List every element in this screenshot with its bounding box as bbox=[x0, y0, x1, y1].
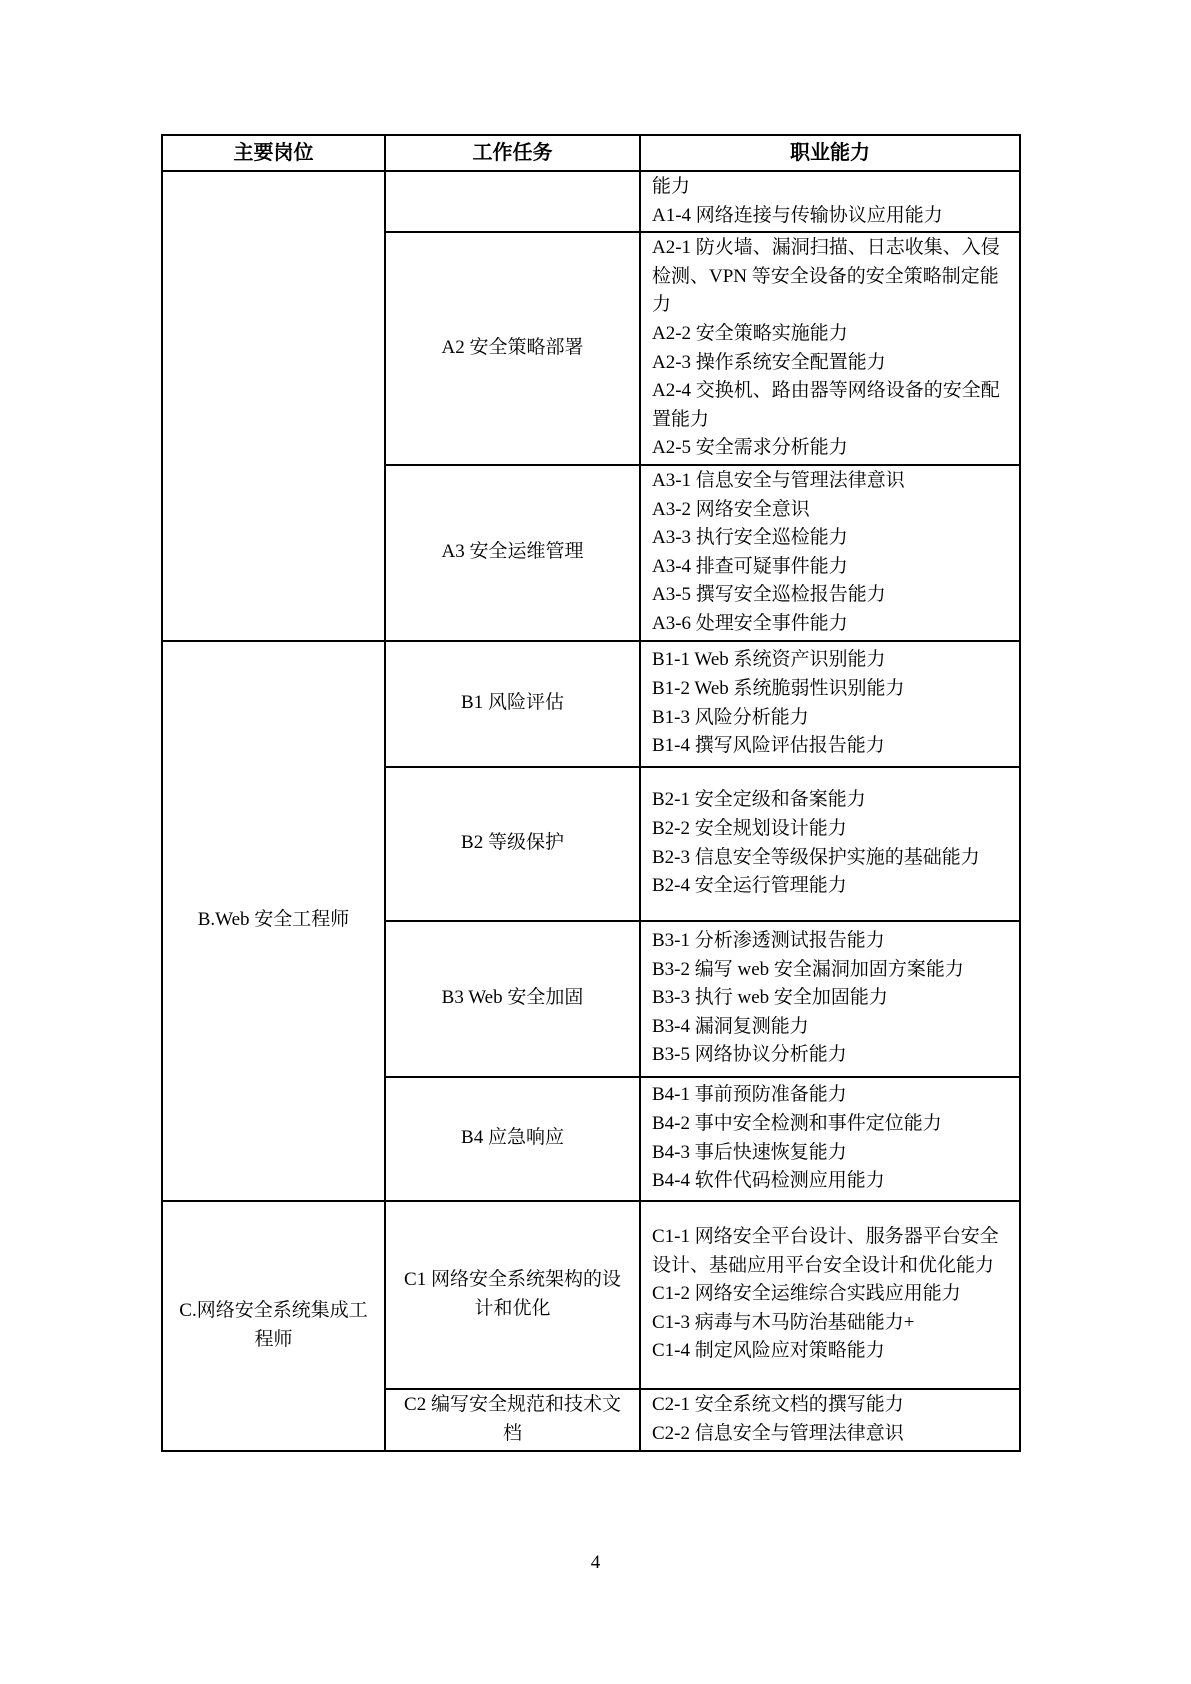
task-cell-b1: B1 风险评估 bbox=[385, 641, 640, 767]
ability-item: B4-4 软件代码检测应用能力 bbox=[652, 1167, 1013, 1196]
ability-item: B2-3 信息安全等级保护实施的基础能力 bbox=[652, 844, 1013, 873]
ability-item: A3-3 执行安全巡检能力 bbox=[652, 524, 1013, 553]
ability-item: A2-2 安全策略实施能力 bbox=[652, 320, 1013, 349]
abilities-cell-c2: C2-1 安全系统文档的撰写能力C2-2 信息安全与管理法律意识 bbox=[640, 1389, 1020, 1451]
ability-item: A3-2 网络安全意识 bbox=[652, 496, 1013, 525]
task-cell-a3: A3 安全运维管理 bbox=[385, 465, 640, 641]
ability-item: B3-3 执行 web 安全加固能力 bbox=[652, 984, 1013, 1013]
abilities-cell-c1: C1-1 网络安全平台设计、服务器平台安全设计、基础应用平台安全设计和优化能力C… bbox=[640, 1201, 1020, 1389]
ability-item: A1-4 网络连接与传输协议应用能力 bbox=[652, 202, 1013, 231]
ability-item: A2-3 操作系统安全配置能力 bbox=[652, 349, 1013, 378]
task-cell-b4: B4 应急响应 bbox=[385, 1077, 640, 1201]
ability-item: A2-1 防火墙、漏洞扫描、日志收集、入侵检测、VPN 等安全设备的安全策略制定… bbox=[652, 234, 1013, 320]
ability-item: C2-1 安全系统文档的撰写能力 bbox=[652, 1391, 1013, 1420]
ability-item: A3-4 排查可疑事件能力 bbox=[652, 553, 1013, 582]
table-row: C.网络安全系统集成工程师 C1 网络安全系统架构的设计和优化 C1-1 网络安… bbox=[162, 1201, 1020, 1389]
ability-item: B4-2 事中安全检测和事件定位能力 bbox=[652, 1110, 1013, 1139]
task-cell-b2: B2 等级保护 bbox=[385, 767, 640, 921]
ability-item: B4-1 事前预防准备能力 bbox=[652, 1081, 1013, 1110]
task-cell-c1: C1 网络安全系统架构的设计和优化 bbox=[385, 1201, 640, 1389]
position-cell-c: C.网络安全系统集成工程师 bbox=[162, 1201, 385, 1451]
job-competency-table: 主要岗位 工作任务 职业能力 能力A1-4 网络连接与传输协议应用能力 A2 安… bbox=[161, 134, 1021, 1452]
ability-item: B3-2 编写 web 安全漏洞加固方案能力 bbox=[652, 956, 1013, 985]
ability-item: A3-6 处理安全事件能力 bbox=[652, 610, 1013, 639]
abilities-cell-a1-continued: 能力A1-4 网络连接与传输协议应用能力 bbox=[640, 171, 1020, 232]
ability-item: A2-5 安全需求分析能力 bbox=[652, 434, 1013, 463]
column-header-position: 主要岗位 bbox=[162, 135, 385, 171]
abilities-cell-a2: A2-1 防火墙、漏洞扫描、日志收集、入侵检测、VPN 等安全设备的安全策略制定… bbox=[640, 232, 1020, 465]
ability-item: B3-1 分析渗透测试报告能力 bbox=[652, 927, 1013, 956]
task-cell-c2: C2 编写安全规范和技术文档 bbox=[385, 1389, 640, 1451]
ability-item: C1-2 网络安全运维综合实践应用能力 bbox=[652, 1280, 1013, 1309]
abilities-cell-b2: B2-1 安全定级和备案能力B2-2 安全规划设计能力B2-3 信息安全等级保护… bbox=[640, 767, 1020, 921]
ability-item: B4-3 事后快速恢复能力 bbox=[652, 1139, 1013, 1168]
ability-item: C1-1 网络安全平台设计、服务器平台安全设计、基础应用平台安全设计和优化能力 bbox=[652, 1223, 1013, 1280]
position-cell-b: B.Web 安全工程师 bbox=[162, 641, 385, 1201]
abilities-cell-b4: B4-1 事前预防准备能力B4-2 事中安全检测和事件定位能力B4-3 事后快速… bbox=[640, 1077, 1020, 1201]
ability-item: B1-4 撰写风险评估报告能力 bbox=[652, 732, 1013, 761]
table-row: 能力A1-4 网络连接与传输协议应用能力 bbox=[162, 171, 1020, 232]
ability-item: 能力 bbox=[652, 173, 1013, 202]
ability-item: C1-4 制定风险应对策略能力 bbox=[652, 1337, 1013, 1366]
ability-item: C1-3 病毒与木马防治基础能力+ bbox=[652, 1309, 1013, 1338]
abilities-cell-b1: B1-1 Web 系统资产识别能力B1-2 Web 系统脆弱性识别能力B1-3 … bbox=[640, 641, 1020, 767]
abilities-cell-a3: A3-1 信息安全与管理法律意识A3-2 网络安全意识A3-3 执行安全巡检能力… bbox=[640, 465, 1020, 641]
ability-item: C2-2 信息安全与管理法律意识 bbox=[652, 1420, 1013, 1449]
ability-item: B2-4 安全运行管理能力 bbox=[652, 872, 1013, 901]
ability-item: B2-2 安全规划设计能力 bbox=[652, 815, 1013, 844]
ability-item: A3-5 撰写安全巡检报告能力 bbox=[652, 581, 1013, 610]
column-header-ability: 职业能力 bbox=[640, 135, 1020, 171]
ability-item: B3-4 漏洞复测能力 bbox=[652, 1013, 1013, 1042]
table-row: B.Web 安全工程师 B1 风险评估 B1-1 Web 系统资产识别能力B1-… bbox=[162, 641, 1020, 767]
task-cell-a2: A2 安全策略部署 bbox=[385, 232, 640, 465]
document-page: 主要岗位 工作任务 职业能力 能力A1-4 网络连接与传输协议应用能力 A2 安… bbox=[0, 0, 1191, 1684]
ability-item: B1-1 Web 系统资产识别能力 bbox=[652, 646, 1013, 675]
page-number: 4 bbox=[0, 1552, 1191, 1574]
position-cell-a bbox=[162, 171, 385, 641]
ability-item: B1-3 风险分析能力 bbox=[652, 704, 1013, 733]
task-cell-b3: B3 Web 安全加固 bbox=[385, 921, 640, 1077]
job-competency-table-wrap: 主要岗位 工作任务 职业能力 能力A1-4 网络连接与传输协议应用能力 A2 安… bbox=[161, 134, 1019, 1452]
ability-item: A3-1 信息安全与管理法律意识 bbox=[652, 467, 1013, 496]
ability-item: B1-2 Web 系统脆弱性识别能力 bbox=[652, 675, 1013, 704]
abilities-cell-b3: B3-1 分析渗透测试报告能力B3-2 编写 web 安全漏洞加固方案能力B3-… bbox=[640, 921, 1020, 1077]
ability-item: B2-1 安全定级和备案能力 bbox=[652, 786, 1013, 815]
ability-item: A2-4 交换机、路由器等网络设备的安全配置能力 bbox=[652, 377, 1013, 434]
column-header-task: 工作任务 bbox=[385, 135, 640, 171]
header-row: 主要岗位 工作任务 职业能力 bbox=[162, 135, 1020, 171]
ability-item: B3-5 网络协议分析能力 bbox=[652, 1041, 1013, 1070]
task-cell-a1-continued bbox=[385, 171, 640, 232]
